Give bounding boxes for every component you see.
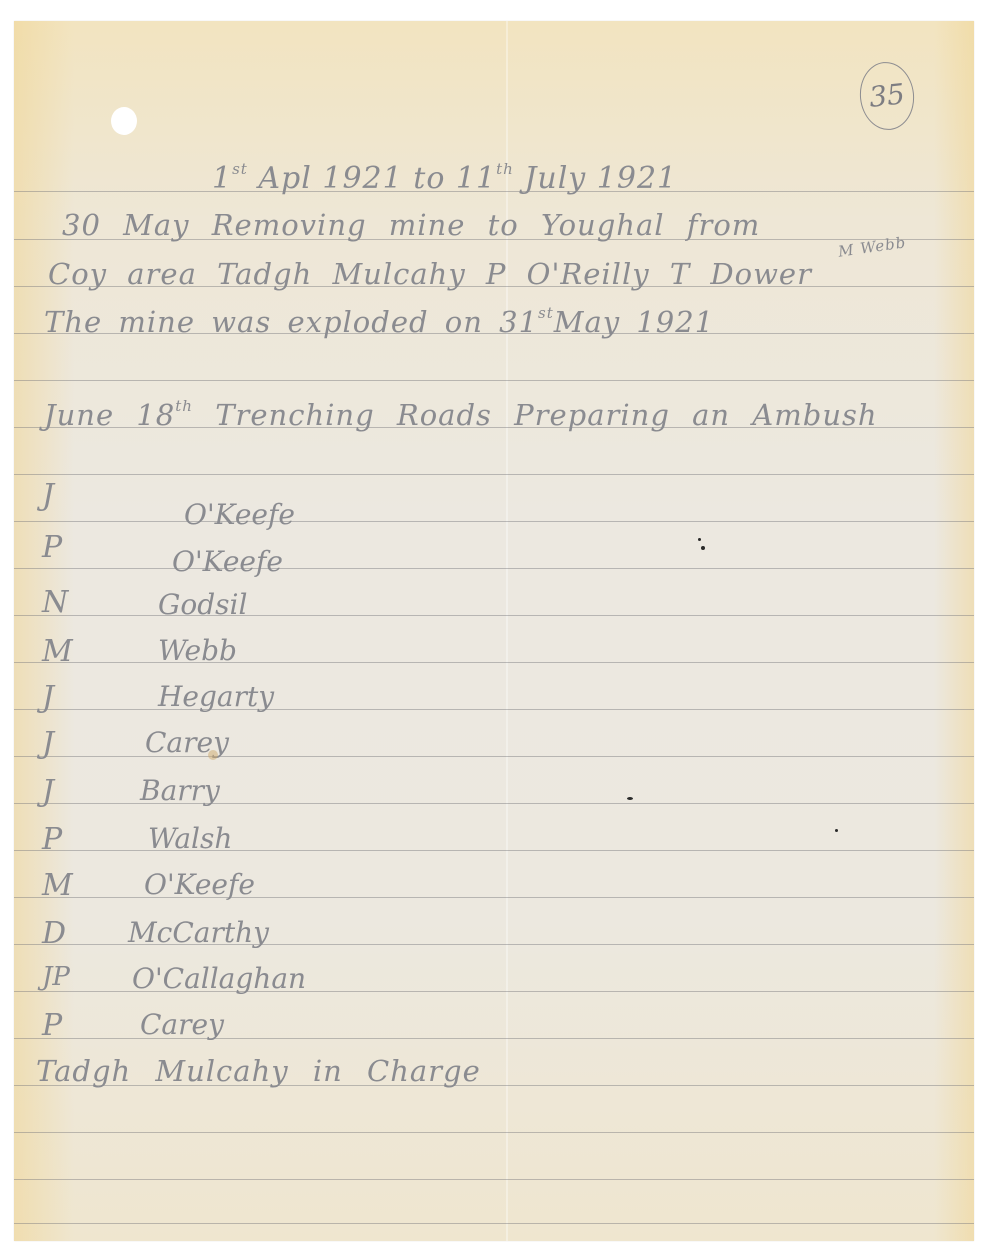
heading-end-rest: July 1921 bbox=[524, 161, 677, 196]
roster-initial: P bbox=[42, 530, 62, 565]
roster-surname: McCarthy bbox=[128, 916, 269, 949]
roster-surname: Webb bbox=[158, 634, 237, 667]
roster-surname: O'Keefe bbox=[172, 545, 283, 578]
roster-surname: Barry bbox=[140, 774, 220, 807]
in-charge-line: Tadgh Mulcahy in Charge bbox=[36, 1054, 481, 1088]
ruled-line bbox=[14, 1223, 974, 1224]
ruled-line bbox=[14, 380, 974, 381]
roster-surname: Carey bbox=[140, 1008, 224, 1041]
roster-surname: O'Keefe bbox=[144, 868, 255, 901]
ruled-line bbox=[14, 474, 974, 475]
entry-june: June 18th Trenching Roads Preparing an A… bbox=[44, 397, 878, 432]
roster-initial: J bbox=[42, 726, 54, 761]
paper-stain bbox=[208, 750, 218, 760]
roster-initial: M bbox=[42, 868, 73, 903]
ruled-line bbox=[14, 521, 974, 522]
roster-initial: M bbox=[42, 634, 73, 669]
roster-surname: Godsil bbox=[158, 588, 247, 621]
punch-hole bbox=[111, 107, 137, 135]
roster-initial: N bbox=[42, 585, 68, 620]
heading-end-suffix: th bbox=[496, 160, 514, 178]
roster-initial: J bbox=[42, 774, 54, 809]
ruled-line bbox=[14, 1132, 974, 1133]
paper-speck bbox=[698, 538, 701, 541]
entry-may-line-3-prefix: The mine was exploded on 31 bbox=[44, 305, 538, 339]
entry-may-line-3: The mine was exploded on 31stMay 1921 bbox=[44, 304, 714, 339]
entry-may-line-3-rest: May 1921 bbox=[554, 305, 714, 339]
roster-initial: D bbox=[42, 916, 66, 951]
roster-initial: J bbox=[42, 680, 54, 715]
entry-may-line-3-suffix: st bbox=[538, 304, 554, 322]
roster-surname: O'Callaghan bbox=[132, 962, 306, 995]
date-range-heading: 1st Apl 1921 to 11th July 1921 bbox=[212, 160, 677, 196]
entry-june-text: Trenching Roads Preparing an Ambush bbox=[215, 398, 877, 432]
entry-june-suffix: th bbox=[175, 397, 193, 415]
roster-initial: JP bbox=[42, 962, 70, 992]
roster-initial: P bbox=[42, 822, 62, 857]
ruled-line bbox=[14, 568, 974, 569]
roster-surname: Hegarty bbox=[158, 680, 274, 713]
paper-speck bbox=[701, 546, 705, 550]
paper-speck bbox=[627, 797, 633, 800]
roster-initial: J bbox=[42, 478, 54, 513]
paper-fold bbox=[506, 21, 508, 1241]
ruled-line bbox=[14, 1179, 974, 1180]
entry-may-line-2: Coy area Tadgh Mulcahy P O'Reilly T Dowe… bbox=[48, 257, 812, 291]
entry-may-line-1: 30 May Removing mine to Youghal from bbox=[62, 208, 760, 242]
roster-surname: Walsh bbox=[148, 822, 232, 855]
roster-initial: P bbox=[42, 1008, 62, 1043]
paper-speck bbox=[835, 829, 838, 832]
heading-start-day: 1 bbox=[212, 161, 232, 196]
roster-surname: O'Keefe bbox=[184, 498, 295, 531]
heading-start-suffix: st bbox=[232, 160, 248, 178]
entry-june-date: June 18 bbox=[44, 398, 175, 432]
heading-start-rest: Apl 1921 to 11 bbox=[258, 161, 496, 196]
